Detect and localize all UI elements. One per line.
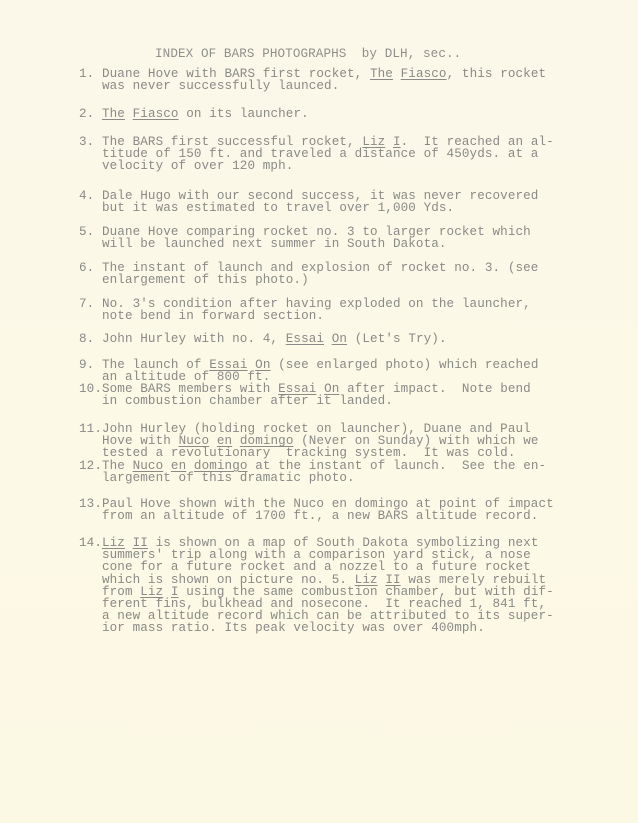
- entry-continuation-line: from an altitude of 1700 ft., a new BARS…: [79, 510, 538, 523]
- entry-continuation-line: in combustion chamber after it landed.: [79, 395, 393, 408]
- entry-first-line: 8. John Hurley with no. 4, Essai On (Let…: [79, 333, 447, 346]
- paper-page: INDEX OF BARS PHOTOGRAPHS by DLH, sec.. …: [0, 0, 638, 823]
- entry-continuation-line: enlargement of this photo.): [79, 274, 309, 287]
- entry-continuation-line: ior mass ratio. Its peak velocity was ov…: [79, 622, 485, 635]
- entry-continuation-line: but it was estimated to travel over 1,00…: [79, 202, 454, 215]
- entry-continuation-line: note bend in forward section.: [79, 310, 324, 323]
- document-title: INDEX OF BARS PHOTOGRAPHS by DLH, sec..: [155, 48, 461, 61]
- entry-continuation-line: largement of this dramatic photo.: [79, 472, 355, 485]
- entry-continuation-line: will be launched next summer in South Da…: [79, 238, 447, 251]
- entry-first-line: 2. The Fiasco on its launcher.: [79, 108, 309, 121]
- typewritten-document: INDEX OF BARS PHOTOGRAPHS by DLH, sec.. …: [0, 0, 31, 70]
- entry-continuation-line: was never successfully launced.: [79, 80, 339, 93]
- entry-continuation-line: velocity of over 120 mph.: [79, 160, 293, 173]
